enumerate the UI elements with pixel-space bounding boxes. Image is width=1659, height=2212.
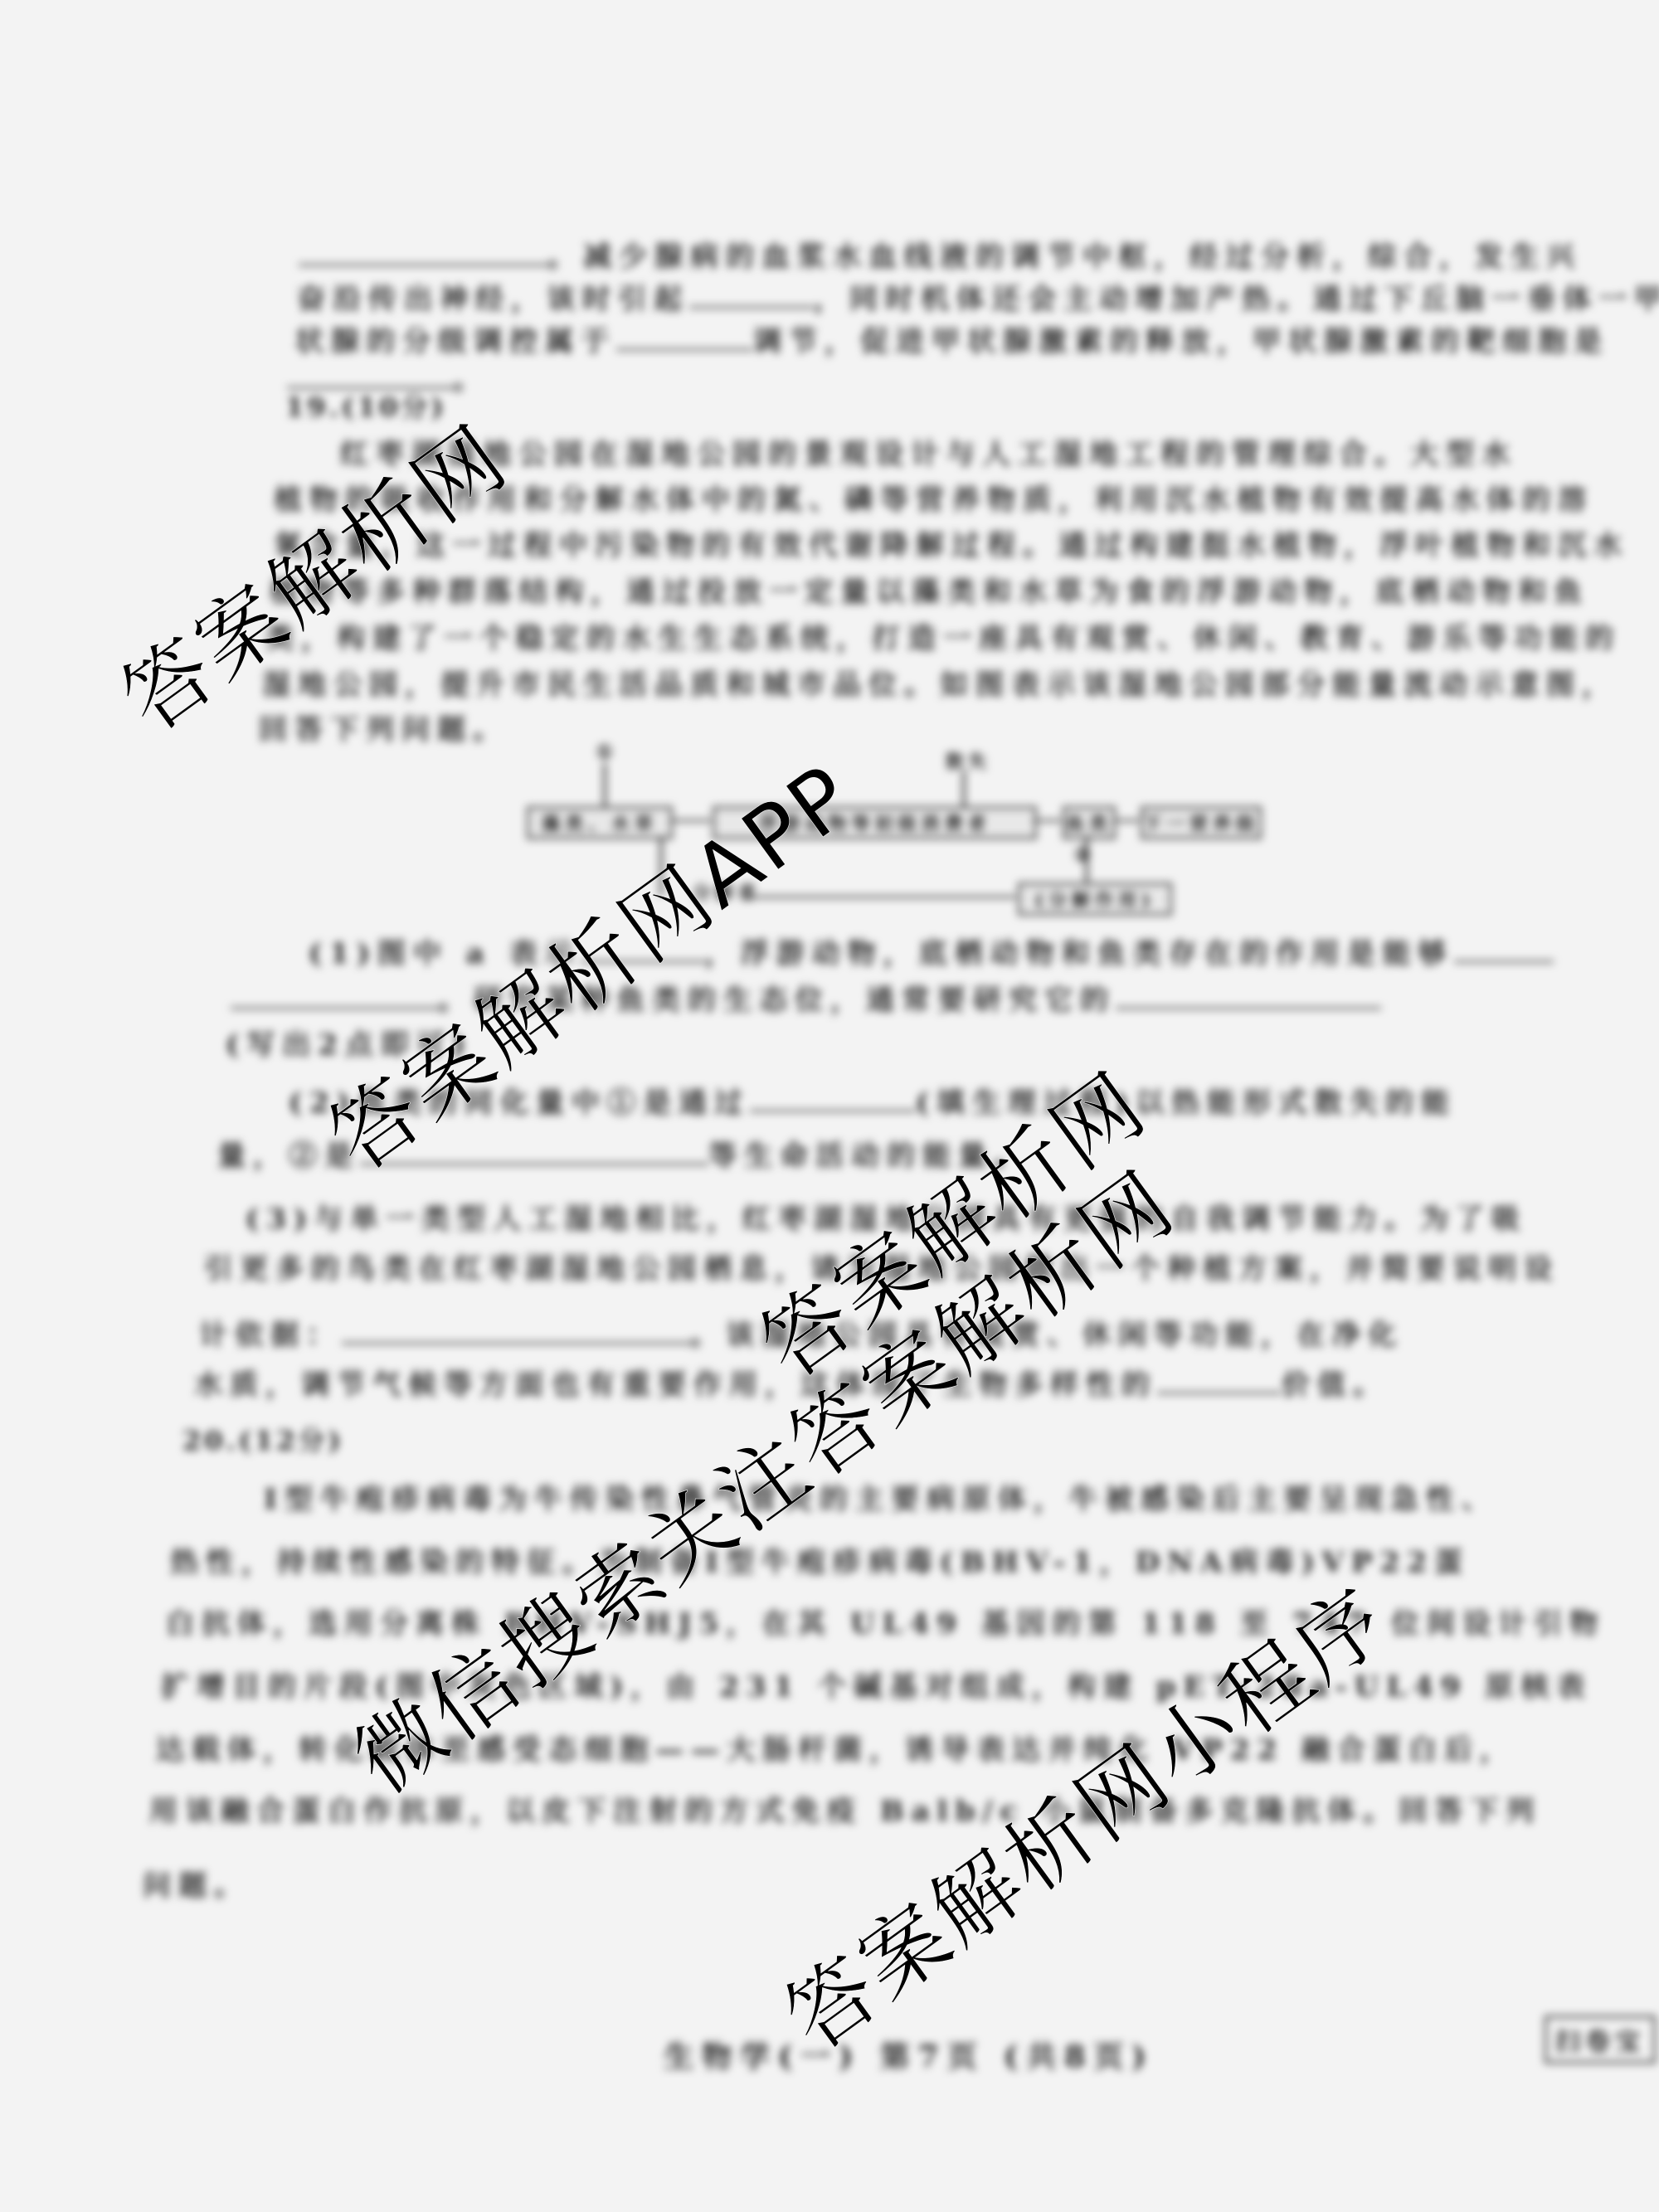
diagram-box-fish: 鱼类 — [1063, 806, 1116, 839]
page-footer: 生物学(一) 第7页 (共8页) — [664, 2034, 1154, 2076]
diagram-box-producers: 藻类、水草 — [527, 806, 673, 839]
q20-paragraph-7: 问题。 — [143, 1863, 250, 1903]
diagram-top-label-mid: 散失 — [946, 748, 990, 774]
q19-paragraph-5: 类，构建了一个稳定的水生生态系统，打造一座具有观赏、休闲、教育、游乐等功能的 — [265, 615, 1621, 656]
q19-paragraph-1: 红枣湖湿地公园在湿地公园的景观设计与人工湿地工程的管理综合。大型水 — [340, 431, 1517, 472]
top-line-3: 状腺的分级调控属于调节，促进甲状腺激素的释放，甲状腺激素的靶细胞是 — [295, 318, 1609, 359]
diagram-side-label: ② — [1074, 844, 1095, 866]
diagram-box-next-level: 下一营养级 — [1141, 806, 1262, 839]
diagram-top-label-left: ① — [596, 741, 617, 763]
q19-sub1-line2: 。研究某种鱼类的生态位，通常要研究它的 — [231, 977, 1381, 1018]
q19-paragraph-6: 湿地公园，提升市民生活品质和城市品位。如图表示该湿地公园部分能量流动示意图， — [262, 662, 1618, 702]
q19-paragraph-4: 植物等多种群落结构，通过投放一定量以藻类和水草为食的浮游动物，底栖动物和鱼 — [270, 569, 1589, 610]
q20-paragraph-1: Ⅰ型牛疱疹病毒为牛传染性鼻气管炎的主要病原体，牛被感染后主要呈现急性、 — [264, 1476, 1497, 1517]
q20-paragraph-2: 热性，持续性感染的特征。为制备Ⅰ型牛疱疹病毒(BHV-1，DNA病毒)VP22蛋 — [170, 1539, 1470, 1580]
corner-tag: 扫卷宝 — [1545, 2015, 1656, 2064]
q19-paragraph-7: 回答下列问题。 — [259, 707, 508, 747]
top-line-1: 。减少腺病的血浆水血线液的调节中枢，经过分析，综合，发生兴 — [299, 234, 1582, 275]
blurred-exam-page: 。减少腺病的血浆水血线液的调节中枢，经过分析，综合，发生兴 奋沿传出神经，该时引… — [0, 0, 1659, 2212]
q20-paragraph-6: 用该融合蛋白作抗原，以皮下注射的方式免疫 Balb/c 小鼠制备多克隆抗体。回答… — [149, 1788, 1541, 1829]
diagram-box-decomposition: (分解作用) — [1018, 882, 1172, 916]
top-line-2: 奋沿传出神经，该时引起，同时机体还会主动增加产热。通过下丘脑一垂体一甲 — [297, 276, 1659, 317]
question-20-header: 20.(12分) — [182, 1420, 344, 1458]
